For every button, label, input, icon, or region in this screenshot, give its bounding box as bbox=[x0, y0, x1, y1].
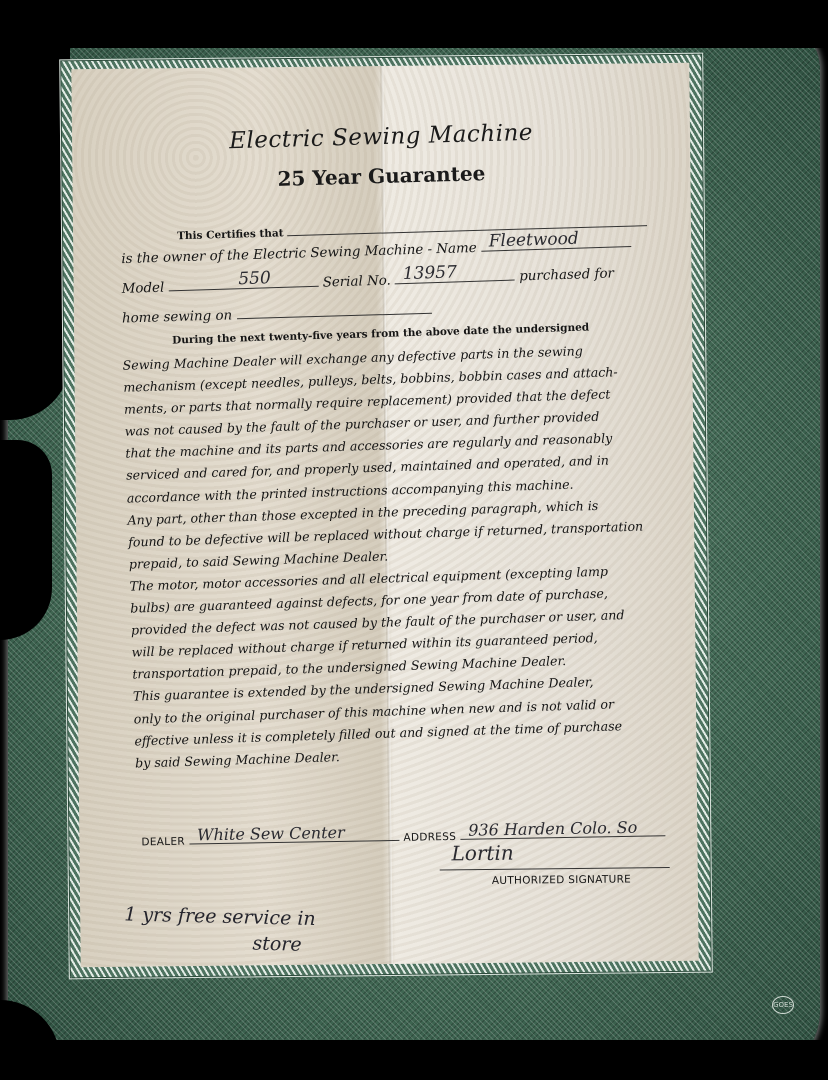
model-handwritten: 550 bbox=[238, 268, 271, 289]
address-field: 936 Harden Colo. So bbox=[460, 821, 665, 840]
certificate-paper: Electric Sewing Machine 25 Year Guarante… bbox=[71, 63, 698, 967]
background-mask-left bbox=[0, 440, 52, 640]
serial-label: Serial No. bbox=[322, 273, 391, 290]
serial-field: 13957 bbox=[395, 266, 515, 285]
dealer-label: DEALER bbox=[141, 836, 185, 849]
model-label: Model bbox=[121, 281, 164, 297]
address-label: ADDRESS bbox=[403, 831, 456, 844]
certifies-label: This Certifies that bbox=[177, 227, 284, 242]
guarantee-body: Sewing Machine Dealer will exchange any … bbox=[122, 338, 675, 775]
model-field: 550 bbox=[168, 272, 318, 292]
background-mask-top bbox=[0, 0, 828, 48]
dealer-field: White Sew Center bbox=[189, 826, 399, 845]
machine-name-field: Fleetwood bbox=[481, 232, 631, 252]
address-handwritten: 936 Harden Colo. So bbox=[468, 818, 637, 840]
serial-handwritten: 13957 bbox=[403, 262, 458, 284]
dealer-address-line: DEALER White Sew Center ADDRESS 936 Hard… bbox=[141, 821, 665, 849]
printer-mark-icon: GOES bbox=[772, 996, 794, 1014]
dealer-handwritten: White Sew Center bbox=[197, 823, 345, 845]
purchased-for-label: purchased for bbox=[519, 266, 614, 284]
authorized-signature-handwritten: Lortin bbox=[451, 841, 513, 866]
authorized-signature-label: AUTHORIZED SIGNATURE bbox=[492, 873, 631, 886]
date-field bbox=[236, 299, 431, 319]
model-serial-line: Model 550 Serial No. 13957 purchased for bbox=[121, 262, 614, 296]
background-mask-bottom bbox=[0, 1040, 828, 1080]
handwritten-note-line-2: store bbox=[252, 933, 302, 956]
home-sewing-label: home sewing on bbox=[122, 308, 233, 326]
handwritten-note-line-1: 1 yrs free service in bbox=[124, 903, 316, 930]
machine-name-handwritten: Fleetwood bbox=[488, 229, 579, 252]
signature-rule bbox=[440, 867, 670, 870]
